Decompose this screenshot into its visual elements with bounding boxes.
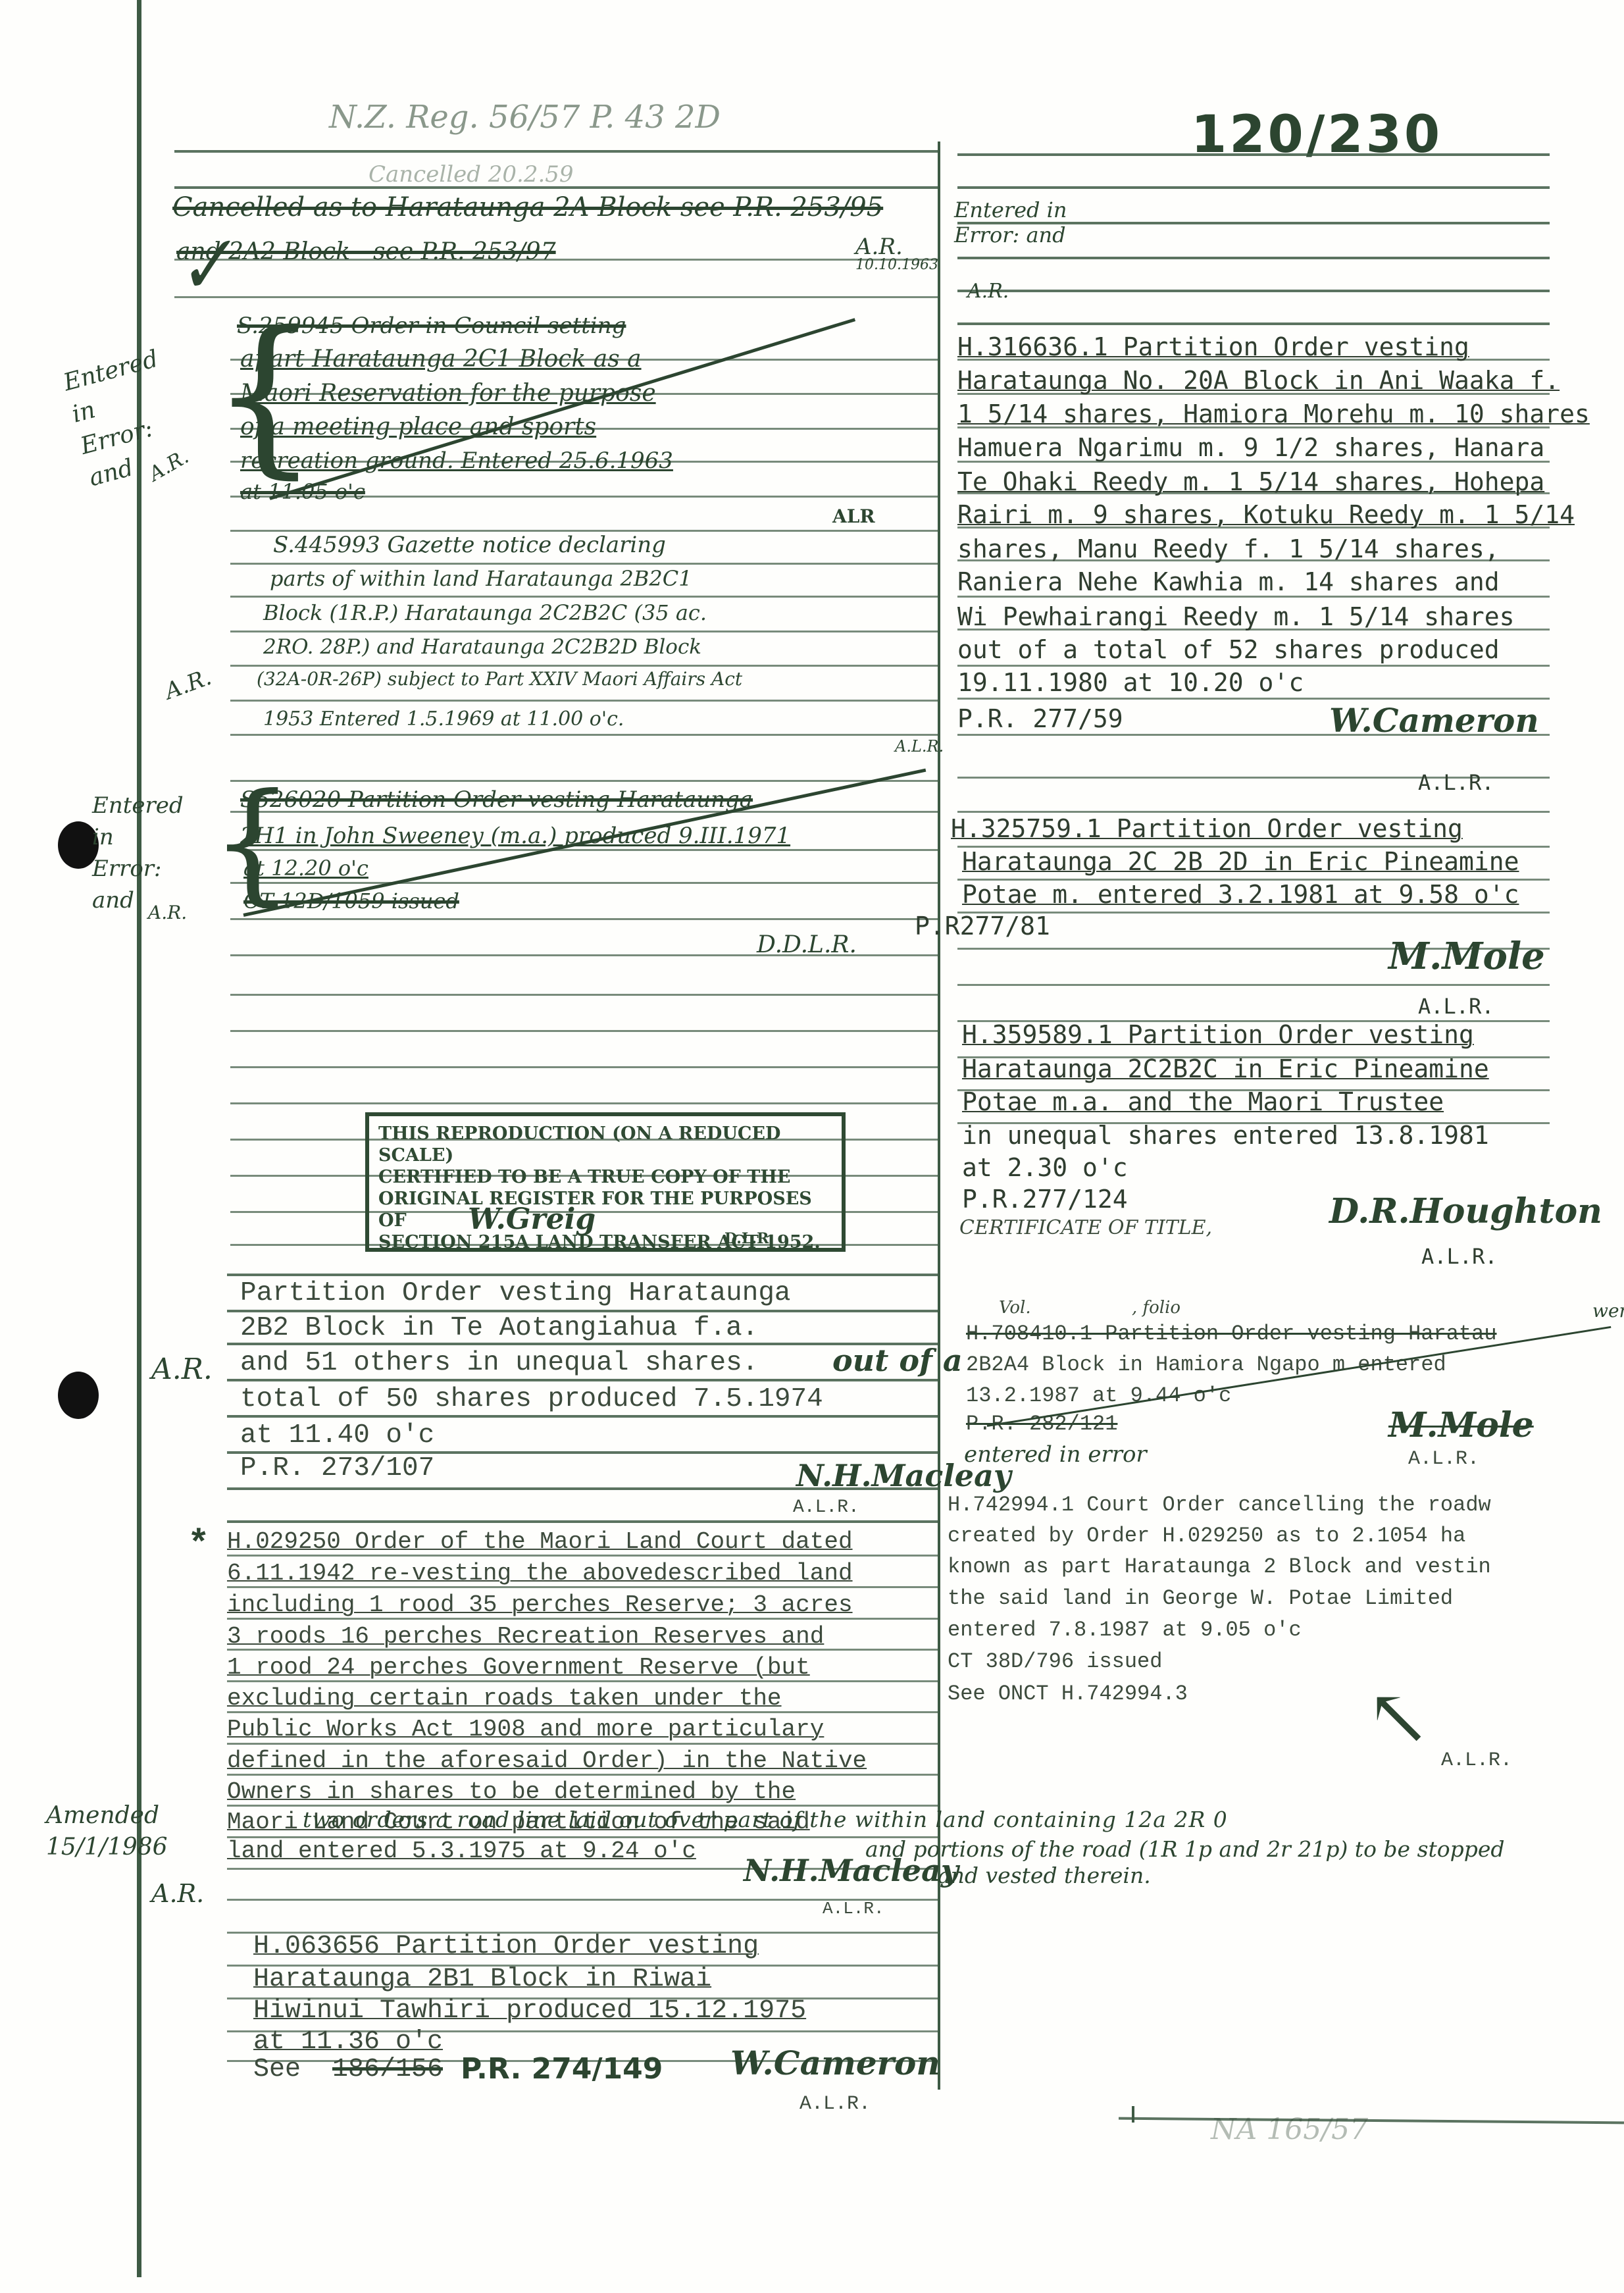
faint-reference-line2: Cancelled 20.2.59 (368, 161, 574, 188)
p2b2-line-1: 2B2 Block in Te Aotangiahua f.a. (240, 1313, 758, 1343)
bottom-tick (1132, 2106, 1134, 2123)
gazette-signer: A.L.R. (895, 737, 944, 756)
h063656-signer: A.L.R. (799, 2093, 871, 2115)
s526020-signer: D.D.L.R. (757, 931, 857, 958)
h063656-see-prefix: See (253, 2055, 301, 2084)
cancellation-date: 10.10.1963 (855, 257, 938, 273)
s526020-margin-initials: A.R. (148, 902, 187, 923)
gazette-line-4: (32A-0R-26P) subject to Part XXIV Maori … (257, 668, 742, 690)
h742994-signature-mark: ↖ (1365, 1672, 1432, 1763)
h325759-line-3: P.R277/81 (915, 912, 1050, 940)
stamp-signature: W.Greig (468, 1208, 596, 1230)
h316636-line-3: Hamuera Ngarimu m. 9 1/2 shares, Hanara (957, 433, 1544, 462)
h029250-amendment-line1: two orders a road line laid out over par… (303, 1807, 1228, 1832)
left-margin-line (137, 0, 141, 2277)
certification-stamp: THIS REPRODUCTION (ON A REDUCED SCALE) C… (365, 1112, 846, 1252)
stamp-line-1: CERTIFIED TO BE A TRUE COPY OF THE (378, 1166, 832, 1188)
p2b2-line-5: P.R. 273/107 (240, 1453, 434, 1483)
p2b2-line-3: total of 50 shares produced 7.5.1974 (240, 1384, 823, 1414)
h316636-line-6: shares, Manu Reedy f. 1 5/14 shares, (957, 534, 1500, 563)
h742994-line-5: CT 38D/796 issued (948, 1649, 1162, 1674)
h063656-line-2: Hiwinui Tawhiri produced 15.12.1975 (253, 1996, 806, 2026)
h742994-line-2: known as part Harataunga 2 Block and ves… (948, 1555, 1491, 1579)
h359589-line-3: in unequal shares entered 13.8.1981 (962, 1121, 1489, 1150)
h029250-marker-icon: * (188, 1524, 210, 1566)
p2b2-signer: A.L.R. (793, 1497, 859, 1518)
h742994-line-1: created by Order H.029250 as to 2.1054 h… (948, 1524, 1465, 1548)
h325759-signer: A.L.R. (1418, 994, 1494, 1019)
stamp-line-2: ORIGINAL REGISTER FOR THE PURPOSES OF (378, 1188, 832, 1231)
h316636-line-9: out of a total of 52 shares produced (957, 635, 1500, 664)
h359589-line-0: H.359589.1 Partition Order vesting (962, 1020, 1474, 1049)
h029250-line-6: Public Works Act 1908 and more particula… (227, 1716, 824, 1743)
h708410-signature: M.Mole (1388, 1405, 1534, 1445)
cancellation-margin-note: Entered in Error: and (954, 197, 1086, 247)
p2b2-line-0: Partition Order vesting Harataunga (240, 1278, 791, 1308)
cancellation-signature: A.R. (855, 234, 903, 260)
h742994-signer: A.L.R. (1441, 1749, 1512, 1772)
h063656-line-3: at 11.36 o'c (253, 2027, 443, 2057)
oic-signer: ALR (832, 505, 875, 527)
bottom-rule (1119, 2117, 1624, 2125)
h742994-line-0: H.742994.1 Court Order cancelling the ro… (948, 1493, 1491, 1517)
h029250-line-5: excluding certain roads taken under the (227, 1685, 782, 1712)
p2b2-line-4: at 11.40 o'c (240, 1420, 434, 1451)
h316636-line-2: 1 5/14 shares, Hamiora Morehu m. 10 shar… (957, 399, 1590, 428)
h063656-line-1: Harataunga 2B1 Block in Riwai (253, 1965, 711, 1994)
h708410-signer: A.L.R. (1408, 1448, 1479, 1470)
h316636-line-4: Te Ohaki Reedy m. 1 5/14 shares, Hohepa (957, 467, 1544, 496)
faint-reference-line1: N.Z. Reg. 56/57 P. 43 2D (329, 99, 721, 136)
h708410-margin-word: were (1592, 1300, 1624, 1322)
gazette-line-5: 1953 Entered 1.5.1969 at 11.00 o'c. (263, 708, 624, 731)
h325759-line-0: H.325759.1 Partition Order vesting (951, 814, 1463, 843)
h029250-line-1: 6.11.1942 re-vesting the abovedescribed … (227, 1560, 853, 1587)
certificate-title: CERTIFICATE OF TITLE, (959, 1216, 1212, 1239)
h029250-line-3: 3 roods 16 perches Recreation Reserves a… (227, 1623, 824, 1650)
h316636-line-1: Harataunga No. 20A Block in Ani Waaka f. (957, 366, 1560, 395)
h029250-amendment-line2: and portions of the road (1R 1p and 2r 2… (865, 1836, 1505, 1862)
h359589-signer: A.L.R. (1421, 1244, 1498, 1269)
h359589-signature: D.R.Houghton (1329, 1191, 1602, 1231)
h359589-line-5: P.R.277/124 (962, 1185, 1128, 1214)
land-register-page: N.Z. Reg. 56/57 P. 43 2D Cancelled 20.2.… (0, 0, 1624, 2293)
footer-faint-number: NA 165/57 (1211, 2113, 1368, 2146)
h742994-line-4: entered 7.8.1987 at 9.05 o'c (948, 1618, 1302, 1642)
amended-initials: A.R. (151, 1879, 204, 1908)
h316636-line-8: Wi Pewhairangi Reedy m. 1 5/14 shares (957, 602, 1514, 631)
s526020-bracket-icon: { (211, 777, 294, 908)
s526020-line-0: S526020 Partition Order vesting Harataun… (240, 786, 753, 813)
right-top-margin-note (967, 250, 973, 272)
vol-label: Vol. (999, 1298, 1031, 1318)
h742994-line-3: the said land in George W. Potae Limited (948, 1586, 1453, 1610)
cancellation-margin-initials: A.R. (967, 280, 1009, 303)
h029250-line-8: Owners in shares to be determined by the (227, 1778, 796, 1805)
h316636-signer: A.L.R. (1418, 770, 1494, 795)
amended-note: Amended 15/1/1986 (46, 1800, 138, 1863)
h316636-line-11: P.R. 277/59 (957, 704, 1123, 733)
gazette-line-1: parts of within land Harataunga 2B2C1 (270, 566, 692, 591)
h708410-line-0: H.708410.1 Partition Order vesting Harat… (966, 1322, 1497, 1346)
h316636-line-10: 19.11.1980 at 10.20 o'c (957, 668, 1304, 697)
p2b2-line-2: and 51 others in unequal shares. (240, 1348, 758, 1378)
h742994-line-6: See ONCT H.742994.3 (948, 1682, 1188, 1706)
h708410-handwritten-note: entered in error (964, 1441, 1147, 1468)
h063656-see-reference: P.R. 274/149 (461, 2052, 663, 2086)
h325759-line-2: Potae m. entered 3.2.1981 at 9.58 o'c (962, 880, 1519, 909)
s526020-margin-note: Entered in Error: and (92, 790, 165, 916)
oic-bracket-icon: { (211, 309, 319, 480)
h063656-line-0: H.063656 Partition Order vesting (253, 1932, 759, 1961)
h325759-line-1: Harataunga 2C 2B 2D in Eric Pineamine (962, 847, 1519, 876)
h708410-line-2: 13.2.1987 at 9.44 o'c (966, 1383, 1231, 1408)
h359589-line-4: at 2.30 o'c (962, 1153, 1128, 1182)
h316636-line-5: Rairi m. 9 shares, Kotuku Reedy m. 1 5/1… (957, 500, 1575, 529)
h029250-line-4: 1 rood 24 perches Government Reserve (bu… (227, 1654, 810, 1681)
stamp-line-0: THIS REPRODUCTION (ON A REDUCED SCALE) (378, 1123, 832, 1166)
gazette-line-3: 2RO. 28P.) and Harataunga 2C2B2D Block (263, 635, 701, 659)
h063656-see-struck: 186/156 (332, 2055, 443, 2084)
folio-label: , folio (1132, 1298, 1180, 1318)
h029250-line-10: land entered 5.3.1975 at 9.24 o'c (227, 1838, 696, 1865)
s526020-line-1: 2H1 in John Sweeney (m.a.) produced 9.II… (240, 823, 790, 849)
h029250-amendment-line3: and vested therein. (938, 1863, 1151, 1888)
p2b2-inserted-text: out of a (832, 1343, 963, 1378)
h063656-signature: W.Cameron (730, 2044, 940, 2082)
h316636-line-0: H.316636.1 Partition Order vesting (957, 332, 1469, 361)
gazette-margin-initials: A.R. (161, 664, 215, 705)
h359589-line-2: Potae m.a. and the Maori Trustee (962, 1087, 1444, 1116)
gazette-line-0: S.445993 Gazette notice declaring (273, 532, 666, 558)
h316636-signature: W.Cameron (1329, 701, 1539, 740)
column-divider (938, 142, 940, 2090)
h029250-signature: N.H.Macleay (744, 1853, 959, 1888)
stamp-initials: D.L.R. (724, 1228, 774, 1250)
h325759-signature: M.Mole (1388, 935, 1545, 978)
p2b2-margin-initials: A.R. (151, 1353, 213, 1386)
h359589-line-1: Harataunga 2C2B2C in Eric Pineamine (962, 1054, 1489, 1083)
gazette-line-2: Block (1R.P.) Harataunga 2C2B2C (35 ac. (263, 600, 707, 625)
h029250-line-7: defined in the aforesaid Order) in the N… (227, 1747, 867, 1774)
h029250-line-0: H.029250 Order of the Maori Land Court d… (227, 1528, 853, 1555)
cancellation-line1: Cancelled as to Harataunga 2A Block see … (172, 192, 883, 222)
punch-hole-bottom (58, 1372, 99, 1419)
h029250-line-2: including 1 rood 35 perches Reserve; 3 a… (227, 1591, 853, 1618)
h029250-signer: A.L.R. (823, 1899, 884, 1919)
h316636-line-7: Raniera Nehe Kawhia m. 14 shares and (957, 567, 1500, 596)
